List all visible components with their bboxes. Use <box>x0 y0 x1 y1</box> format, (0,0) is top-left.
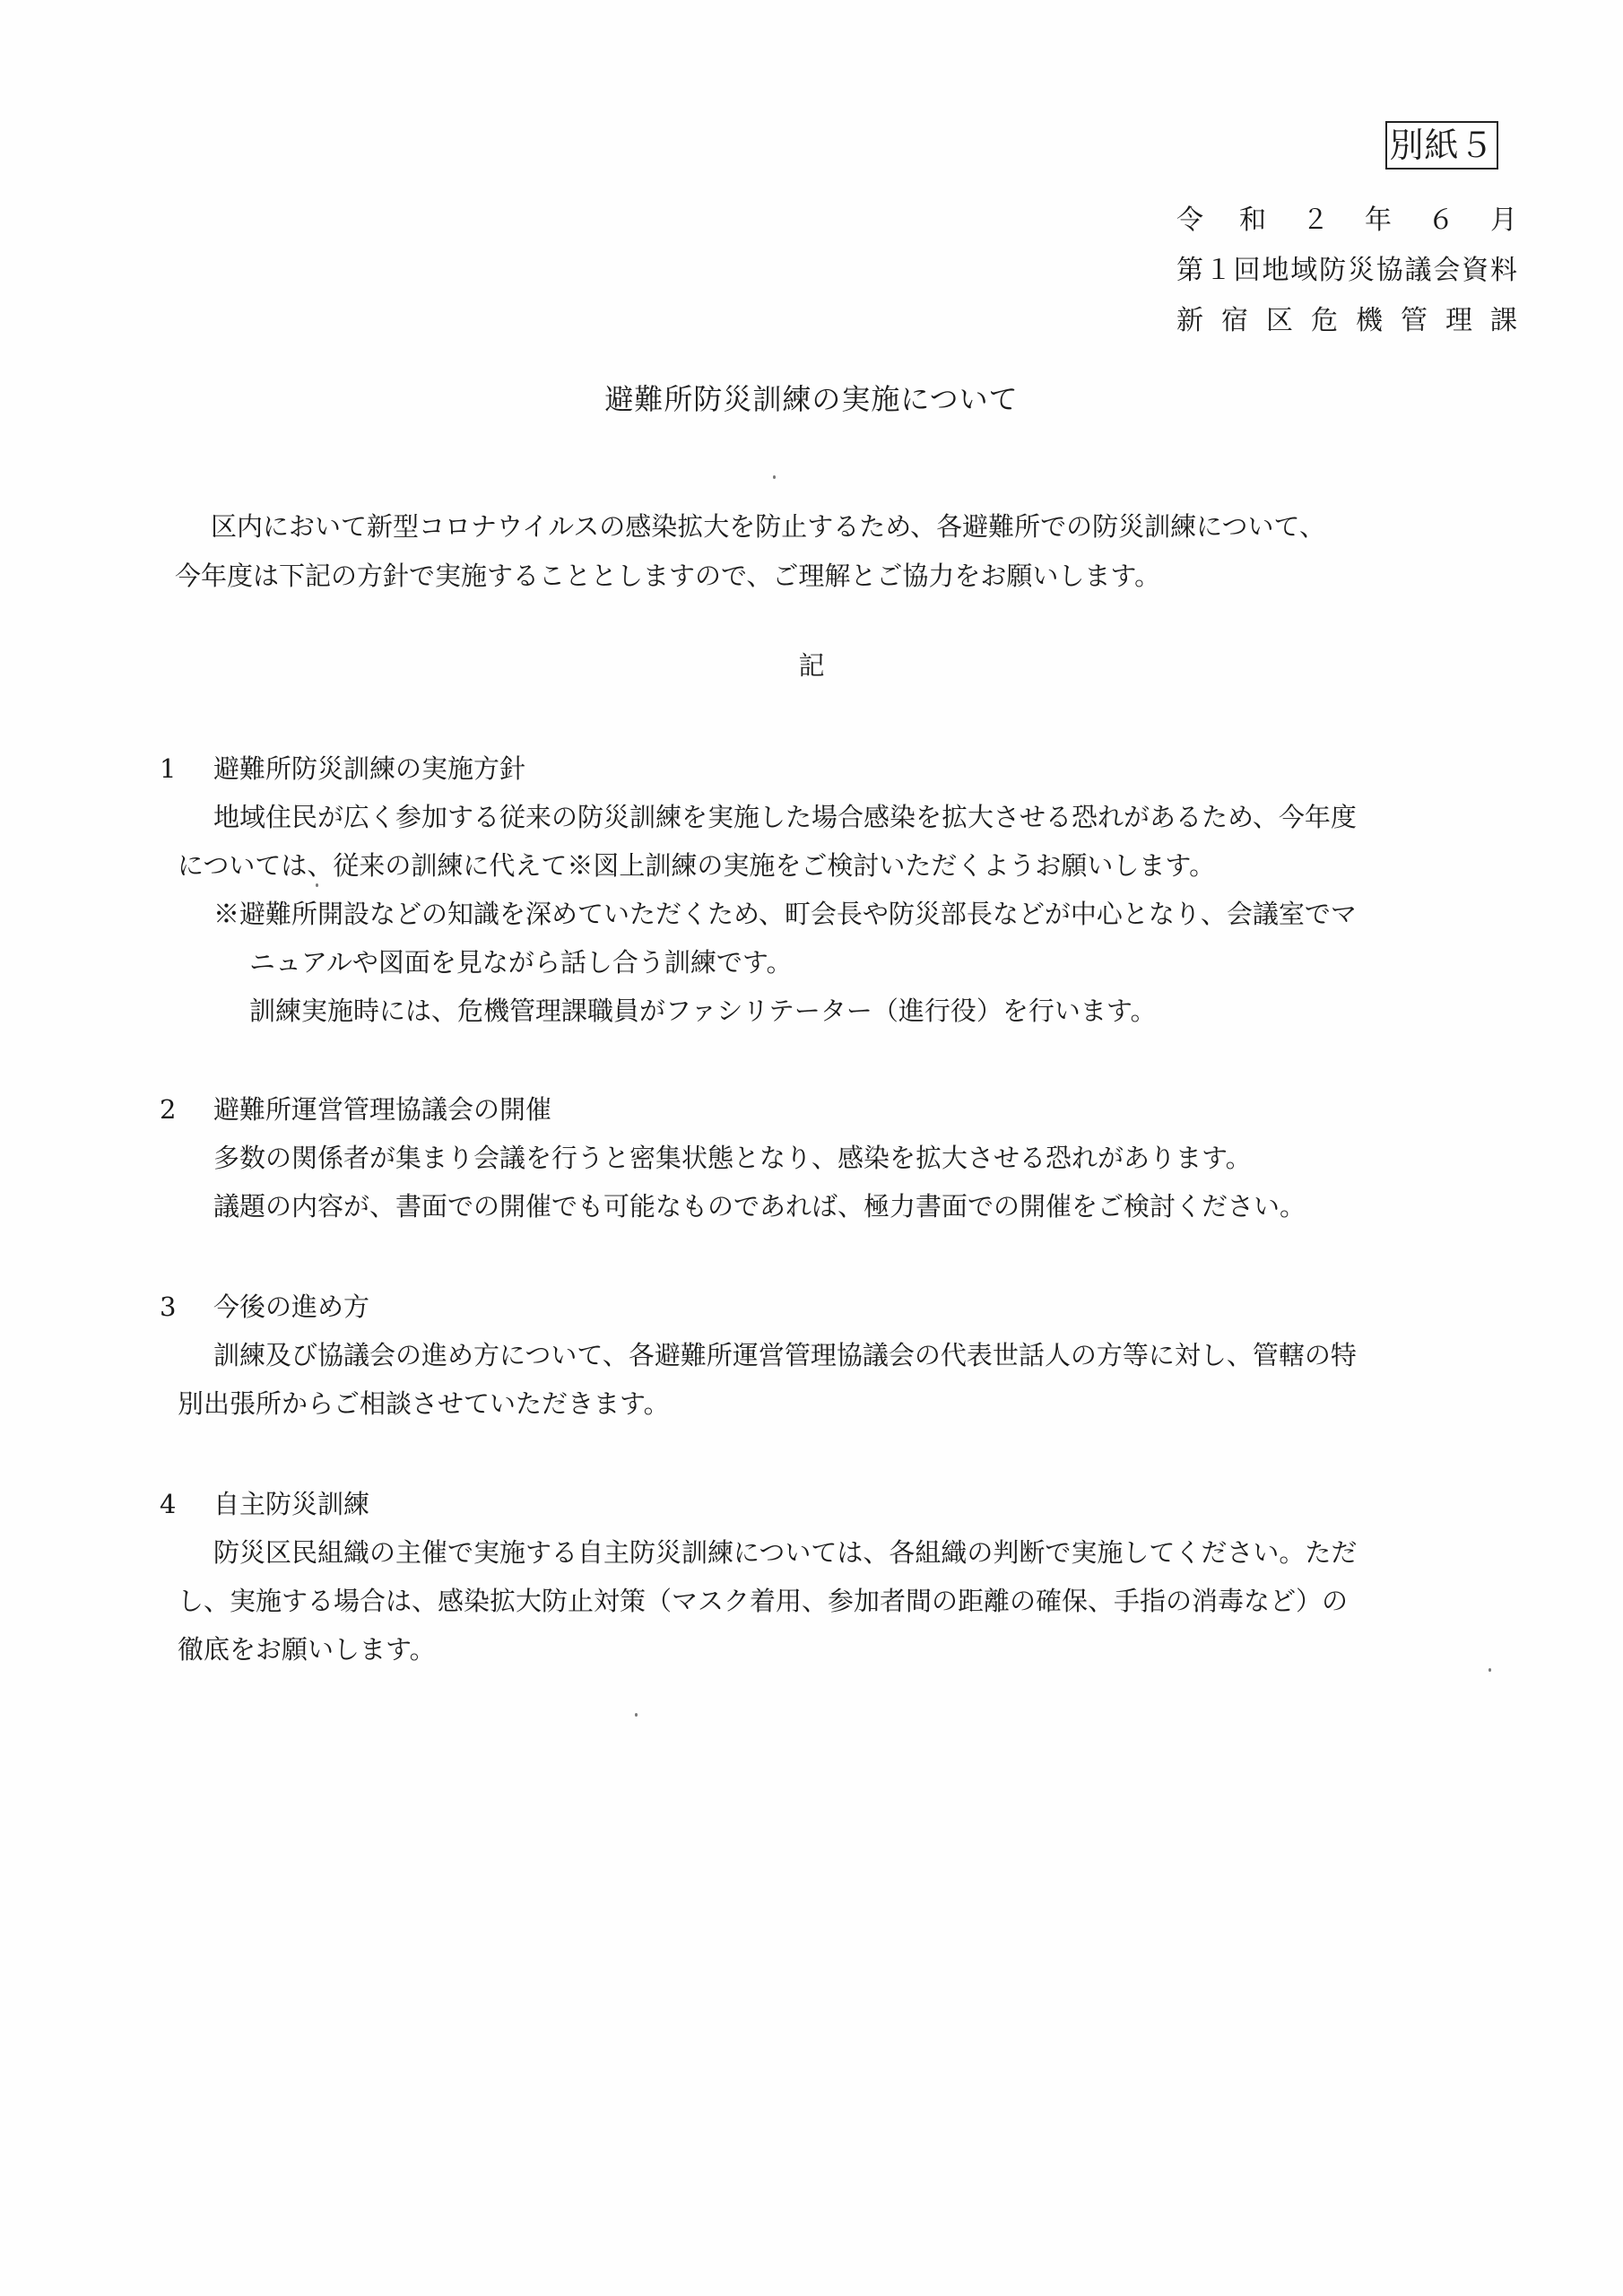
section-note-line: ニュアルや図面を見ながら話し合う訓練です。 <box>160 938 1469 987</box>
section-title: 自主防災訓練 <box>213 1489 369 1519</box>
section-body-line: 地域住民が広く参加する従来の防災訓練を実施した場合感染を拡大させる恐れがあるため… <box>160 793 1469 841</box>
attachment-label-box: 別紙５ <box>1385 121 1498 170</box>
section-3: 3今後の進め方 訓練及び協議会の進め方について、各避難所運営管理協議会の代表世話… <box>160 1283 1469 1428</box>
intro-line: 区内において新型コロナウイルスの感染拡大を防止するため、各避難所での防災訓練につ… <box>175 502 1457 552</box>
section-number: 4 <box>160 1480 213 1528</box>
section-body-line: 別出張所からご相談させていただきます。 <box>160 1379 1469 1428</box>
section-body-line: については、従来の訓練に代えて※図上訓練の実施をご検討いただくようお願いします。 <box>160 841 1469 890</box>
section-number: 2 <box>160 1085 213 1134</box>
section-body-line: 防災区民組織の主催で実施する自主防災訓練については、各組織の判断で実施してくださ… <box>160 1528 1469 1577</box>
section-note-line: 訓練実施時には、危機管理課職員がファシリテーター（進行役）を行います。 <box>160 987 1469 1035</box>
scan-speck <box>635 1713 638 1717</box>
section-heading: 1避難所防災訓練の実施方針 <box>160 744 1469 793</box>
issuing-department: 新 宿 区 危 機 管 理 課 <box>1176 296 1517 346</box>
meeting-reference: 第１回地域防災協議会資料 <box>1176 246 1517 296</box>
scan-speck <box>316 883 318 887</box>
section-2: 2避難所運営管理協議会の開催 多数の関係者が集まり会議を行うと密集状態となり、感… <box>160 1085 1469 1231</box>
document-title: 避難所防災訓練の実施について <box>0 377 1623 418</box>
section-body-line: 訓練及び協議会の進め方について、各避難所運営管理協議会の代表世話人の方等に対し、… <box>160 1331 1469 1379</box>
document-page: 別紙５ 令 和 ２ 年 ６ 月 第１回地域防災協議会資料 新 宿 区 危 機 管… <box>0 0 1623 2296</box>
header-meta: 令 和 ２ 年 ６ 月 第１回地域防災協議会資料 新 宿 区 危 機 管 理 課 <box>1176 196 1517 346</box>
section-4: 4自主防災訓練 防災区民組織の主催で実施する自主防災訓練については、各組織の判断… <box>160 1480 1469 1674</box>
scan-speck <box>773 475 776 479</box>
section-heading: 3今後の進め方 <box>160 1283 1469 1331</box>
ki-marker: 記 <box>0 646 1623 683</box>
section-1: 1避難所防災訓練の実施方針 地域住民が広く参加する従来の防災訓練を実施した場合感… <box>160 744 1469 1035</box>
section-number: 1 <box>160 744 213 793</box>
section-body-line: 徹底をお願いします。 <box>160 1625 1469 1674</box>
intro-line: 今年度は下記の方針で実施することとしますので、ご理解とご協力をお願いします。 <box>175 552 1457 601</box>
section-body-line: し、実施する場合は、感染拡大防止対策（マスク着用、参加者間の距離の確保、手指の消… <box>160 1577 1469 1625</box>
intro-paragraph: 区内において新型コロナウイルスの感染拡大を防止するため、各避難所での防災訓練につ… <box>175 502 1457 601</box>
scan-speck <box>1488 1668 1491 1672</box>
section-number: 3 <box>160 1283 213 1331</box>
section-note-line: ※避難所開設などの知識を深めていただくため、町会長や防災部長などが中心となり、会… <box>160 890 1469 938</box>
section-title: 今後の進め方 <box>213 1291 369 1322</box>
section-body-line: 多数の関係者が集まり会議を行うと密集状態となり、感染を拡大させる恐れがあります。 <box>160 1134 1469 1182</box>
section-title: 避難所防災訓練の実施方針 <box>213 753 525 784</box>
section-heading: 2避難所運営管理協議会の開催 <box>160 1085 1469 1134</box>
section-body-line: 議題の内容が、書面での開催でも可能なものであれば、極力書面での開催をご検討くださ… <box>160 1182 1469 1231</box>
section-title: 避難所運営管理協議会の開催 <box>213 1094 551 1125</box>
section-heading: 4自主防災訓練 <box>160 1480 1469 1528</box>
document-date: 令 和 ２ 年 ６ 月 <box>1176 196 1517 246</box>
